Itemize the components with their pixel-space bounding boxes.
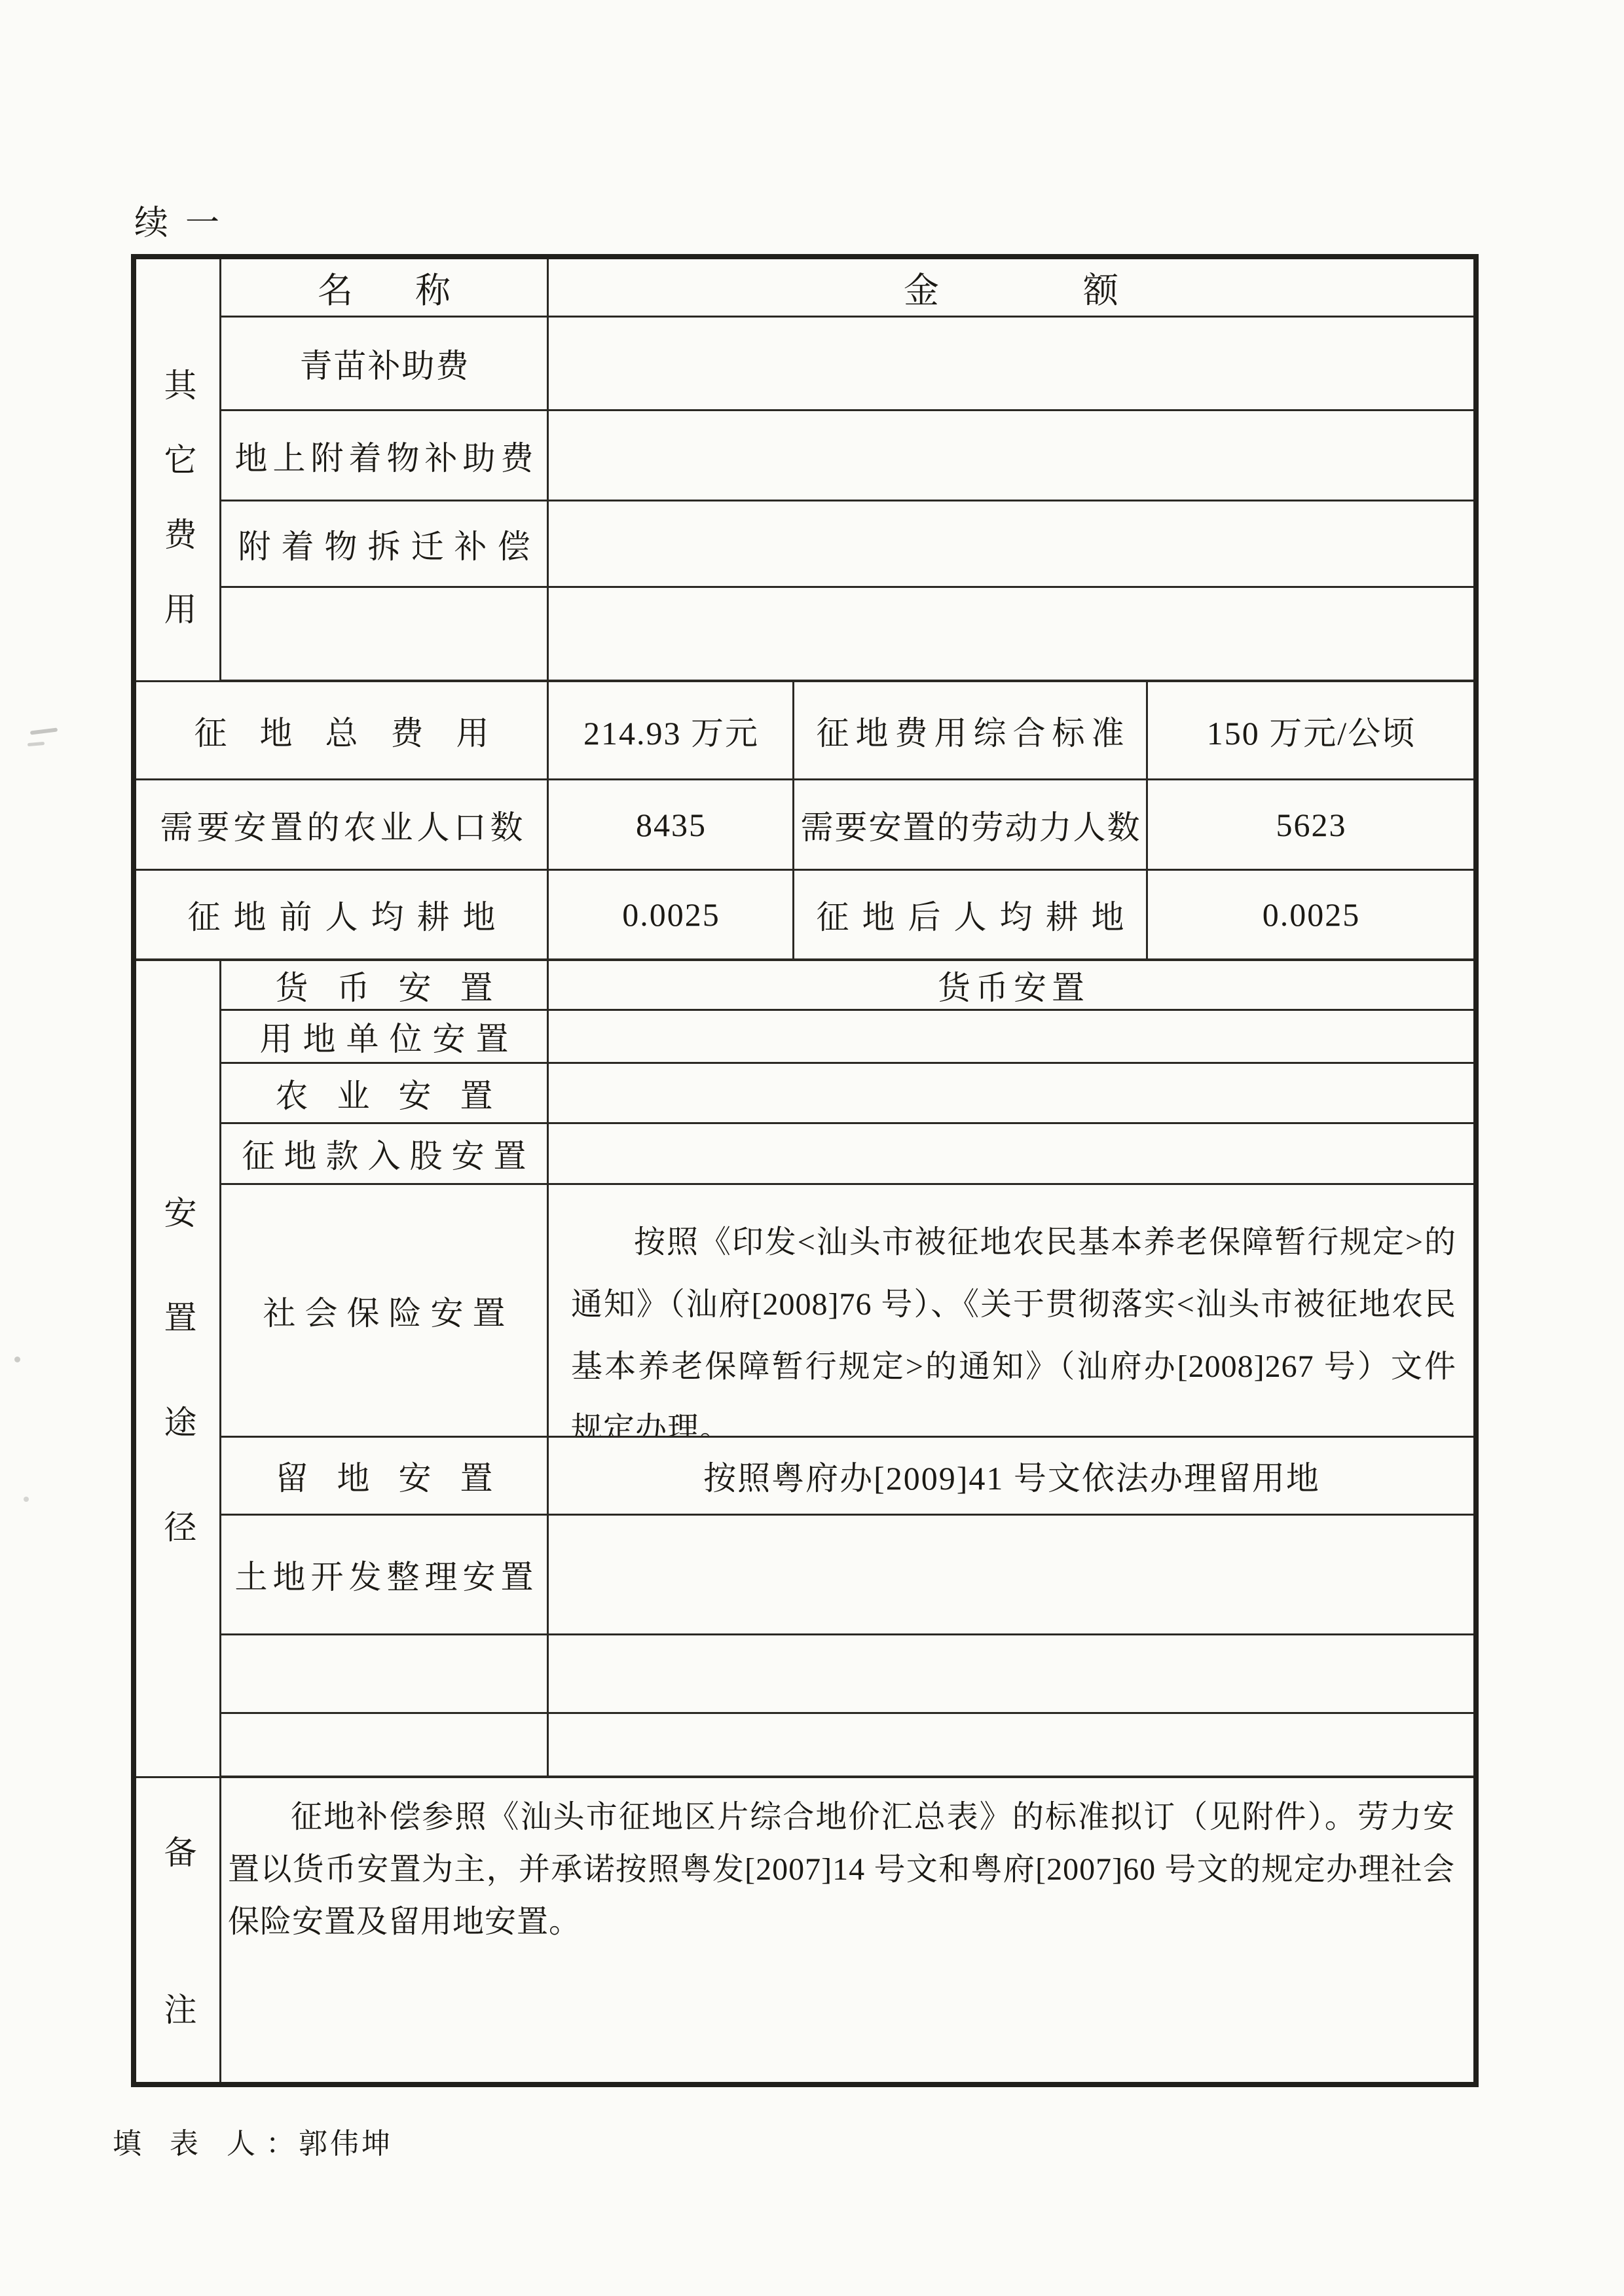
summary-value: 0.0025 [622,896,720,934]
fee-label-cell: 地上附着物补助费 [221,411,549,501]
summary-label2: 征地费用综合标准 [817,707,1131,754]
summary-label2-cell: 需要安置的劳动力人数 [794,780,1148,871]
filler-name: 郭伟坤 [299,2128,393,2160]
resettle-label-cell-empty [221,1635,549,1714]
resettle-value-cell: 按照粤府办[2009]41 号文依法办理留用地 [549,1438,1473,1516]
summary-value2: 0.0025 [1263,896,1361,934]
fee-label: 青苗补助费 [300,340,470,387]
fee-value-cell [549,411,1473,501]
header-name-label: 名称 [318,263,513,313]
resettle-label: 农业安置 [276,1070,522,1117]
scan-artifact [30,727,58,735]
land-acquisition-table: 其它费用 名称 金额 青苗补助费 地上附着物补助费 附着物拆迁补偿 [131,254,1479,2087]
resettlement-section-label: 安置途径 [162,1195,194,1614]
resettle-label-cell: 土地开发整理安置 [221,1516,549,1635]
summary-value: 8435 [636,806,707,844]
form-filler-line: 填 表 人：郭伟坤 [113,2120,393,2162]
summary-value2: 150 万元/公顷 [1207,707,1416,754]
scan-artifact [28,742,45,746]
resettle-value-cell [549,1516,1473,1635]
summary-value2: 5623 [1276,806,1347,844]
resettle-value-cell [549,1011,1473,1064]
summary-value-cell: 8435 [549,780,794,871]
resettle-label-cell: 货币安置 [221,961,549,1011]
resettle-label-cell: 社会保险安置 [221,1185,549,1438]
summary-value-cell: 214.93 万元 [549,682,794,780]
fee-label-cell-empty [221,588,549,682]
summary-value: 214.93 万元 [583,707,759,754]
resettle-value: 货币安置 [938,962,1090,1009]
other-fees-section-label: 其它费用 [162,316,194,666]
continuation-label: 续一 [134,195,236,244]
remarks-content-cell: 征地补偿参照《汕头市征地区片综合地价汇总表》的标准拟订（见附件）。劳力安置以货币… [221,1778,1473,2082]
fee-label: 地上附着物补助费 [235,432,539,479]
summary-label2: 需要安置的劳动力人数 [801,801,1141,848]
section-summary: 征地总费用 214.93 万元 征地费用综合标准 150 万元/公顷 需要安置的… [136,682,1473,961]
summary-label-cell: 需要安置的农业人口数 [136,780,549,871]
summary-value2-cell: 0.0025 [1148,871,1473,961]
summary-value2-cell: 5623 [1148,780,1473,871]
summary-label2: 征地后人均耕地 [817,891,1137,938]
remarks-section-cell: 备注 [136,1778,221,2082]
resettle-label: 社会保险安置 [263,1287,515,1334]
summary-label2-cell: 征地费用综合标准 [794,682,1148,780]
scanned-form-page: 续一 其它费用 名称 金额 青苗补助费 地上附着物补助费 附着物拆迁补偿 [0,0,1624,2296]
resettle-label: 用地单位安置 [260,1013,519,1060]
resettlement-section-cell: 安置途径 [136,961,221,1778]
resettle-label-cell-empty [221,1714,549,1778]
social-insurance-value-cell: 按照《印发<汕头市被征地农民基本养老保障暂行规定>的通知》（汕府[2008]76… [549,1185,1473,1438]
resettle-label: 征地款入股安置 [242,1130,536,1177]
section-resettlement: 安置途径 货币安置 货币安置 用地单位安置 农业安置 征地款入股安置 社会保险安… [136,961,1473,1778]
header-name-cell: 名称 [221,259,549,318]
summary-label-cell: 征地总费用 [136,682,549,780]
fee-value-cell [549,588,1473,682]
summary-label-cell: 征地前人均耕地 [136,871,549,961]
resettle-value: 按照粤府办[2009]41 号文依法办理留用地 [703,1452,1320,1499]
resettle-label-cell: 征地款入股安置 [221,1124,549,1185]
summary-label: 征地总费用 [194,707,522,754]
header-amount-cell: 金额 [549,259,1473,318]
fee-label: 附着物拆迁补偿 [238,520,541,568]
section-remarks: 备注 征地补偿参照《汕头市征地区片综合地价汇总表》的标准拟订（见附件）。劳力安置… [136,1778,1473,2082]
resettle-label: 留地安置 [276,1452,522,1499]
section-other-fees: 其它费用 名称 金额 青苗补助费 地上附着物补助费 附着物拆迁补偿 [136,259,1473,682]
fee-value-cell [549,501,1473,588]
summary-value2-cell: 150 万元/公顷 [1148,682,1473,780]
scan-artifact [14,1357,20,1362]
fee-label-cell: 附着物拆迁补偿 [221,501,549,588]
resettle-value-cell [549,1635,1473,1714]
social-insurance-text: 按照《印发<汕头市被征地农民基本养老保障暂行规定>的通知》（汕府[2008]76… [549,1185,1473,1438]
resettle-label-cell: 农业安置 [221,1064,549,1124]
resettle-value-cell: 货币安置 [549,961,1473,1011]
other-fees-section-cell: 其它费用 [136,259,221,682]
filler-label: 填 表 人： [113,2128,305,2160]
remarks-section-label: 备注 [162,1835,194,2082]
resettle-label: 货币安置 [276,962,522,1009]
summary-label: 需要安置的农业人口数 [160,801,527,848]
resettle-label: 土地开发整理安置 [235,1551,539,1598]
remarks-text: 征地补偿参照《汕头市征地区片综合地价汇总表》的标准拟订（见附件）。劳力安置以货币… [221,1778,1473,1948]
summary-label2-cell: 征地后人均耕地 [794,871,1148,961]
fee-label-cell: 青苗补助费 [221,318,549,411]
resettle-label-cell: 留地安置 [221,1438,549,1516]
resettle-value-cell [549,1714,1473,1778]
summary-label: 征地前人均耕地 [188,891,509,938]
resettle-value-cell [549,1064,1473,1124]
fee-value-cell [549,318,1473,411]
resettle-value-cell [549,1124,1473,1185]
summary-value-cell: 0.0025 [549,871,794,961]
resettle-label-cell: 用地单位安置 [221,1011,549,1064]
header-amount-label: 金额 [904,263,1263,313]
scan-artifact [24,1497,29,1502]
